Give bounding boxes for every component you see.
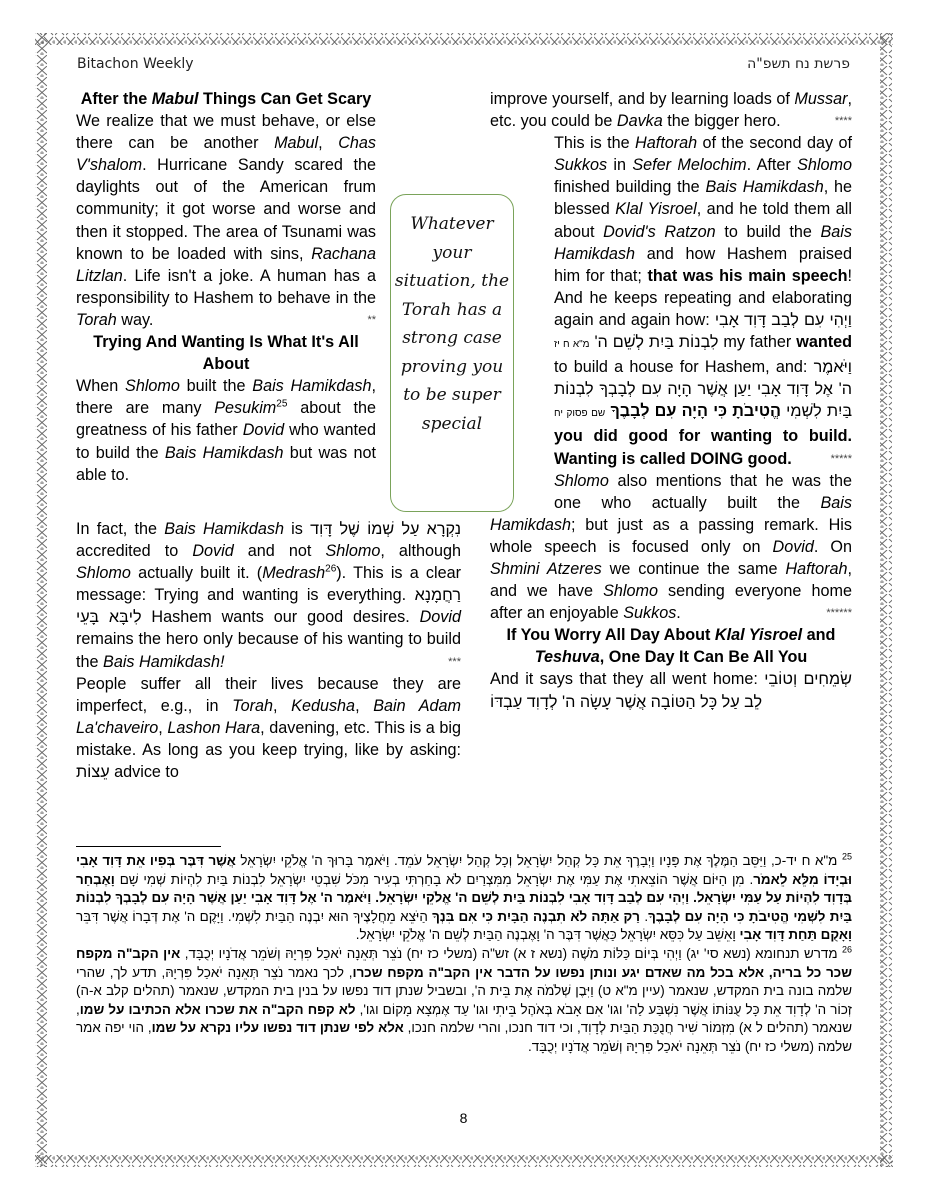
heading-worry-all-day: If You Worry All Day About Klal Yisroel … <box>490 624 852 668</box>
left-column: After the Mabul Things Can Get Scary We … <box>76 88 376 486</box>
footnotes: 25 מ"א ח יד-כ, וַיַּסֵּב הַמֶּלֶךְ אֶת פ… <box>76 852 852 1057</box>
parsha-name: פרשת נח תשפ"ה <box>747 56 850 72</box>
section-stars: ****** <box>826 602 852 624</box>
footnote-ref-26[interactable]: 26 <box>325 564 336 575</box>
heading-trying-wanting: Trying And Wanting Is What It's All Abou… <box>76 331 376 375</box>
heading-after-mabul: After the Mabul Things Can Get Scary <box>76 88 376 110</box>
paragraph-mabul: We realize that we must behave, or else … <box>76 110 376 331</box>
paragraph-in-fact: In fact, the Bais Hamikdash is נִקְרָא ע… <box>76 518 461 673</box>
footnote-25: 25 מ"א ח יד-כ, וַיַּסֵּב הַמֶּלֶךְ אֶת פ… <box>76 852 852 945</box>
section-stars: *** <box>448 651 461 673</box>
footnote-ref-25[interactable]: 25 <box>276 399 287 410</box>
paragraph-went-home: And it says that they all went home: שְׂ… <box>490 668 852 712</box>
section-stars: **** <box>835 110 852 132</box>
left-column-lower: In fact, the Bais Hamikdash is נִקְרָא ע… <box>76 518 461 783</box>
paragraph-people-suffer: People suffer all their lives because th… <box>76 673 461 783</box>
section-stars: ** <box>367 309 376 331</box>
page-number: 8 <box>0 1110 927 1126</box>
right-column: improve yourself, and by learning loads … <box>490 88 852 713</box>
footnote-separator <box>76 846 221 847</box>
section-stars: ***** <box>831 448 852 470</box>
publication-name: Bitachon Weekly <box>77 56 194 72</box>
pull-quote-spacer <box>490 154 554 509</box>
footnote-26: 26 מדרש תנחומא (נשא סי' יג) וַיְהִי בְּי… <box>76 945 852 1057</box>
paragraph-improve-yourself: improve yourself, and by learning loads … <box>490 88 852 132</box>
paragraph-shlomo-built: When Shlomo built the Bais Hamikdash, th… <box>76 375 376 485</box>
paragraph-haftorah: This is the Haftorah of the second day o… <box>490 132 852 469</box>
